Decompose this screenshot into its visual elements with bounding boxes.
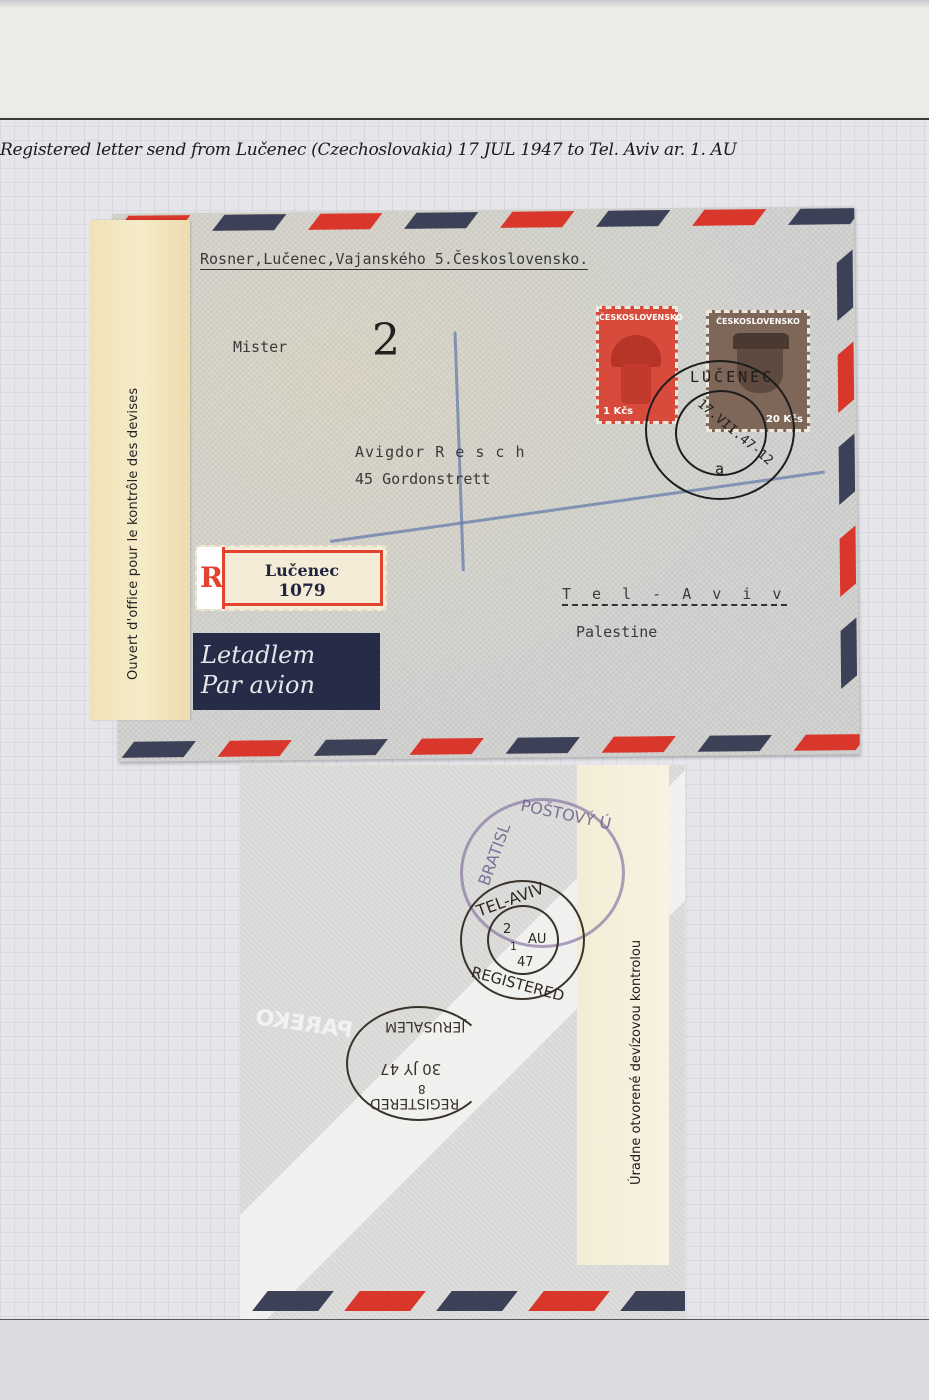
stamp-value: 1 Kčs bbox=[603, 406, 633, 417]
recipient-country: Palestine bbox=[576, 623, 657, 641]
airmail-stripe bbox=[436, 1291, 518, 1311]
tel-aviv-postmark-year: 47 bbox=[517, 955, 534, 970]
tel-aviv-postmark-time: 1 bbox=[510, 940, 517, 953]
airmail-stripe bbox=[692, 209, 766, 226]
airmail-label-czech: Letadlem bbox=[201, 641, 315, 669]
airmail-stripe bbox=[506, 737, 580, 754]
airmail-label-french: Par avion bbox=[201, 671, 315, 699]
jerusalem-postmark-town: JERUSALEM bbox=[385, 1018, 465, 1034]
censor-tape-front-text: Ouvert d'office pour le kontrôle des dev… bbox=[126, 388, 141, 680]
censor-tape-back-text: Úradne otvorené devízovou kontrolou bbox=[629, 940, 644, 1185]
album-page-header-area bbox=[0, 0, 929, 118]
registration-office: Lučenec bbox=[227, 561, 377, 580]
airmail-stripe bbox=[218, 740, 292, 757]
airmail-stripe bbox=[620, 1291, 685, 1311]
airmail-stripe bbox=[698, 735, 772, 752]
lucenec-postmark-town: LUČENEC bbox=[690, 368, 774, 386]
registration-number: 1079 bbox=[227, 581, 377, 601]
salutation: Mister bbox=[233, 338, 287, 356]
recipient-city: T e l - A v i v bbox=[562, 585, 787, 606]
airmail-stripe bbox=[404, 212, 478, 229]
airmail-stripe bbox=[837, 249, 853, 321]
airmail-stripe bbox=[841, 617, 857, 689]
registered-letter: R bbox=[200, 561, 223, 594]
registration-label: R Lučenec 1079 bbox=[195, 545, 387, 611]
jerusalem-postmark-code: 8 bbox=[418, 1082, 426, 1096]
airmail-stripe bbox=[500, 211, 574, 228]
recipient-name: Avigdor R e s c h bbox=[355, 443, 526, 461]
airmail-stripe bbox=[122, 741, 196, 758]
airmail-label: Letadlem Par avion bbox=[193, 633, 380, 710]
airmail-stripe bbox=[344, 1291, 426, 1311]
airmail-stripe bbox=[838, 341, 854, 413]
soldier-helmet-icon bbox=[611, 335, 661, 367]
registered-r-mark: R bbox=[197, 547, 225, 609]
tel-aviv-postmark-month: AU bbox=[528, 932, 546, 947]
military-cap-icon bbox=[733, 333, 789, 349]
airmail-stripe bbox=[410, 738, 484, 755]
album-caption: Registered letter send from Lučenec (Cze… bbox=[0, 140, 929, 160]
airmail-stripe bbox=[252, 1291, 334, 1311]
censor-tape-front: Ouvert d'office pour le kontrôle des dev… bbox=[90, 220, 190, 720]
lucenec-postmark-code: a bbox=[715, 460, 724, 478]
soldier-face-icon bbox=[621, 364, 651, 404]
jerusalem-postmark-bottom: REGISTERED bbox=[370, 1095, 459, 1111]
airmail-stripe bbox=[840, 525, 856, 597]
stamp-country: ČESKOSLOVENSKO bbox=[709, 317, 807, 326]
airmail-stripe bbox=[602, 736, 676, 753]
airmail-stripe bbox=[314, 739, 388, 756]
stamp-country: ČESKOSLOVENSKO bbox=[599, 313, 675, 322]
airmail-border-back bbox=[240, 1285, 685, 1313]
recipient-street: 45 Gordonstrett bbox=[355, 470, 490, 488]
airmail-stripe bbox=[308, 213, 382, 230]
airmail-stripe bbox=[794, 734, 860, 751]
sender-address: Rosner,Lučenec,Vajanského 5.Českoslovens… bbox=[200, 250, 588, 270]
airmail-stripe bbox=[528, 1291, 610, 1311]
jerusalem-postmark-date: 30 JY 47 bbox=[380, 1060, 441, 1078]
airmail-stripe bbox=[596, 210, 670, 227]
handwritten-mark: 2 bbox=[372, 315, 400, 366]
top-rule bbox=[0, 118, 929, 120]
airmail-stripe bbox=[212, 214, 286, 231]
airmail-stripe bbox=[788, 208, 854, 225]
album-page-footer-area bbox=[0, 1320, 929, 1400]
tel-aviv-postmark-day: 2 bbox=[503, 922, 511, 937]
airmail-stripe bbox=[839, 433, 855, 505]
